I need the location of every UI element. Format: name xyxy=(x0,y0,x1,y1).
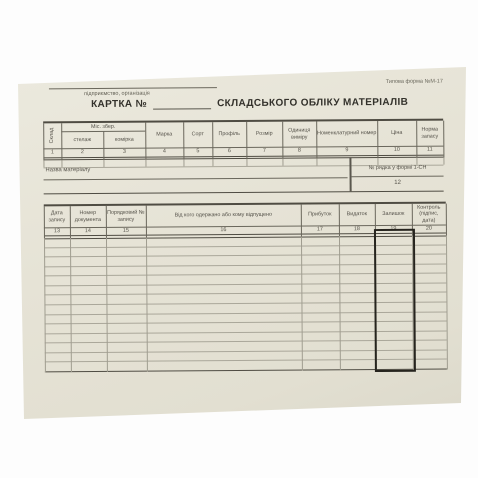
ledger-vline-head-2 xyxy=(106,206,107,238)
spec-vline-body-7 xyxy=(282,159,283,166)
ledger-col-label-16: Від кого одержано або кому відпущено xyxy=(147,206,300,226)
ledger-col-number-18: 18 xyxy=(339,225,375,233)
spec-vline-body-5 xyxy=(212,159,213,166)
spec-vline-body-9 xyxy=(377,158,378,165)
spec-col-label-6: Профіль xyxy=(212,122,246,147)
remainder-column-highlight-box xyxy=(374,229,416,372)
ledger-vline-head-0 xyxy=(44,206,45,238)
spec-col-label-7: Розмір xyxy=(246,122,282,147)
ledger-col-label-18: Видаток xyxy=(340,205,374,224)
material-name-blank-line xyxy=(44,177,348,180)
ledger-vline-head-5 xyxy=(339,204,340,236)
spec-vline-body-10 xyxy=(416,158,417,165)
spec-col-number-7: 7 xyxy=(246,147,282,156)
band-bottom-line xyxy=(44,191,444,195)
enterprise-blank-line xyxy=(49,87,217,89)
spec-vline-body-3 xyxy=(145,160,146,167)
ledger-vline-body-8 xyxy=(446,236,448,370)
spec-col-number-4: 4 xyxy=(145,147,183,156)
form-content: підприємство, організація Типова форма №… xyxy=(0,0,478,478)
spec-col-label-9: Номенклатурний номер xyxy=(316,121,377,146)
ledger-vline-head-1 xyxy=(70,206,71,238)
spec-vline-11 xyxy=(443,121,444,158)
ledger-col-number-14: 14 xyxy=(70,227,106,235)
ledger-col-label-19: Залишок xyxy=(376,205,411,224)
material-spec-table: Міс. збер.Склад1стелаж2комірка3Марка4Сор… xyxy=(43,119,443,168)
spec-col-label-11: Норма запасу xyxy=(416,121,443,146)
spec-col-label-text: Склад xyxy=(49,128,56,144)
line-number-label: № рядка у формі 1-СН xyxy=(351,165,443,172)
spec-col-label-8: Одиниця виміру xyxy=(282,121,316,146)
material-name-label: Назва матеріалу xyxy=(45,167,90,173)
ledger-col-label-15: Порядковий № запису xyxy=(107,207,145,226)
enterprise-label: підприємство, організація xyxy=(57,90,177,97)
spec-vline-2 xyxy=(103,131,104,160)
ledger-vline-head-8 xyxy=(446,204,447,236)
spec-col-number-6: 6 xyxy=(212,147,246,156)
spec-vline-body-11 xyxy=(443,158,444,165)
stock-ledger-table: Дата запису13Номер документа14Порядковий… xyxy=(44,202,447,373)
line-number-value: 12 xyxy=(352,180,444,187)
ledger-col-label-13: Дата запису xyxy=(45,207,69,226)
ledger-col-number-13: 13 xyxy=(44,227,70,235)
spec-vline-body-1 xyxy=(61,160,62,167)
spec-col-number-3: 3 xyxy=(103,148,145,157)
spec-vline-body-8 xyxy=(316,158,317,165)
line-number-separator xyxy=(352,176,444,178)
ledger-col-label-17: Прибуток xyxy=(302,205,338,224)
spec-col-label-2: стелаж xyxy=(61,132,103,148)
spec-col-label-10: Ціна xyxy=(377,121,416,146)
spec-col-number-10: 10 xyxy=(377,146,416,155)
ledger-col-number-17: 17 xyxy=(301,225,339,233)
ledger-vline-body-0 xyxy=(44,238,46,372)
spec-col-number-1: 1 xyxy=(43,148,61,157)
spec-vline-body-4 xyxy=(183,159,184,166)
title-card-number: КАРТКА № xyxy=(91,99,147,110)
spec-col-number-2: 2 xyxy=(61,148,103,157)
spec-col-label-3: комірка xyxy=(103,132,145,148)
title-text: СКЛАДСЬКОГО ОБЛІКУ МАТЕРІАЛІВ xyxy=(217,97,408,109)
spec-vline-body-6 xyxy=(246,159,247,166)
spec-col-number-11: 11 xyxy=(416,146,443,155)
spec-col-number-8: 8 xyxy=(282,146,316,155)
scanned-document: підприємство, організація Типова форма №… xyxy=(0,0,478,478)
spec-col-label-4: Марка xyxy=(145,122,183,147)
form-code: Типова форма №М-17 xyxy=(339,79,443,86)
spec-col-number-5: 5 xyxy=(183,147,212,156)
spec-col-number-9: 9 xyxy=(316,146,377,155)
spec-col-label-5: Сорт xyxy=(183,122,212,147)
spec-vline-body-0 xyxy=(43,160,44,167)
ledger-col-label-14: Номер документа xyxy=(71,207,105,226)
ledger-vline-head-3 xyxy=(146,206,147,238)
ledger-col-number-20: 20 xyxy=(412,225,446,233)
ledger-col-label-20: Контроль (підпис, дата) xyxy=(413,205,445,224)
form-title: КАРТКА № СКЛАДСЬКОГО ОБЛІКУ МАТЕРІАЛІВ xyxy=(91,97,408,110)
spec-col-label-1: Склад xyxy=(43,123,61,148)
spec-vline-body-2 xyxy=(103,160,104,167)
card-number-blank xyxy=(153,99,211,109)
ledger-vline-head-4 xyxy=(301,205,302,237)
